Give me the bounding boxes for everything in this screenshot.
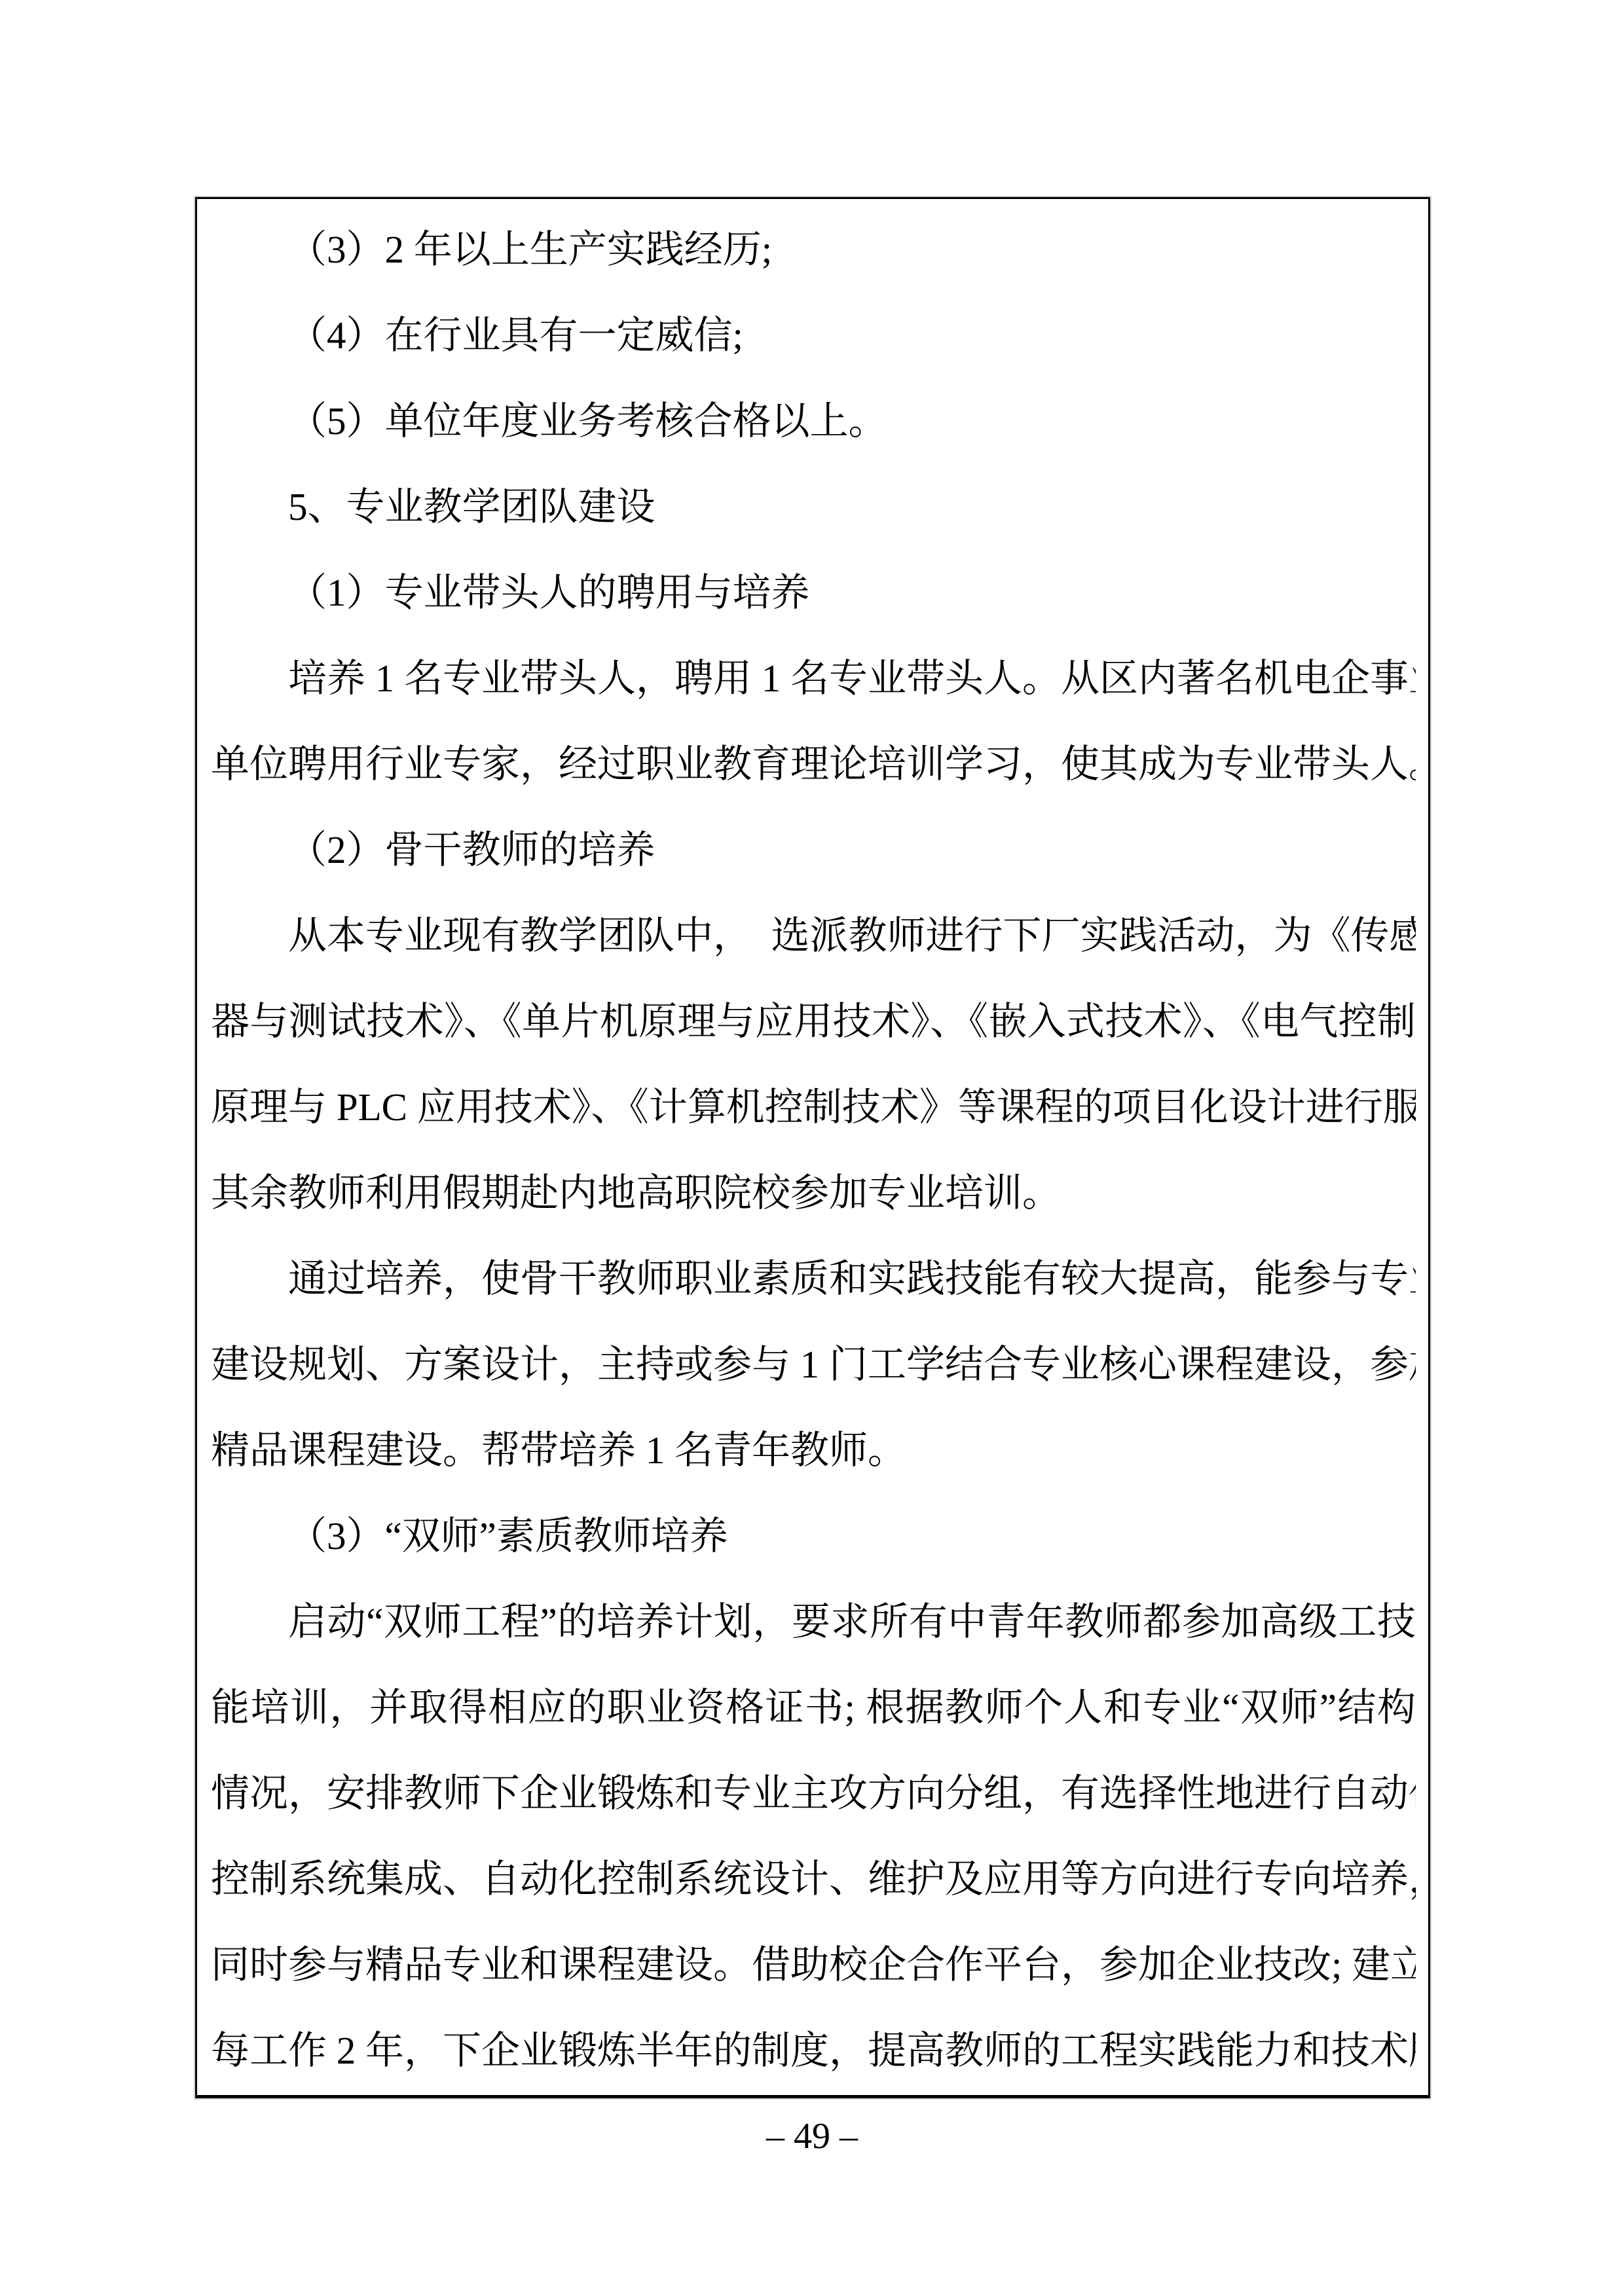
text-line: 其余教师利用假期赴内地高职院校参加专业培训。 bbox=[211, 1150, 1416, 1236]
text-line: 通过培养，使骨干教师职业素质和实践技能有较大提高，能参与专业 bbox=[211, 1236, 1416, 1322]
text-line: 情况，安排教师下企业锻炼和专业主攻方向分组，有选择性地进行自动化 bbox=[211, 1751, 1416, 1836]
document-page: （3）2 年以上生产实践经历;（4）在行业具有一定威信;（5）单位年度业务考核合… bbox=[0, 0, 1624, 2296]
document-text: （3）2 年以上生产实践经历;（4）在行业具有一定威信;（5）单位年度业务考核合… bbox=[211, 207, 1416, 2094]
text-line: 5、专业教学团队建设 bbox=[211, 464, 1416, 550]
text-line: 精品课程建设。帮带培养 1 名青年教师。 bbox=[211, 1408, 1416, 1493]
document-border-box: （3）2 年以上生产实践经历;（4）在行业具有一定威信;（5）单位年度业务考核合… bbox=[195, 197, 1430, 2098]
text-line: （5）单位年度业务考核合格以上。 bbox=[211, 378, 1416, 464]
page-number: – 49 – bbox=[0, 2113, 1624, 2159]
text-line: 能培训，并取得相应的职业资格证书; 根据教师个人和专业“双师”结构 bbox=[211, 1665, 1416, 1751]
text-line: （3）“双师”素质教师培养 bbox=[211, 1493, 1416, 1579]
text-line: （2）骨干教师的培养 bbox=[211, 807, 1416, 893]
text-line: 同时参与精品专业和课程建设。借助校企合作平台，参加企业技改; 建立 bbox=[211, 1922, 1416, 2008]
text-line: 控制系统集成、自动化控制系统设计、维护及应用等方向进行专向培养， bbox=[211, 1836, 1416, 1922]
text-line: 培养 1 名专业带头人，聘用 1 名专业带头人。从区内著名机电企事业 bbox=[211, 636, 1416, 721]
text-line: 建设规划、方案设计，主持或参与 1 门工学结合专业核心课程建设，参加 bbox=[211, 1322, 1416, 1408]
text-line: 从本专业现有教学团队中， 选派教师进行下厂实践活动，为《传感 bbox=[211, 893, 1416, 979]
text-line: （4）在行业具有一定威信; bbox=[211, 293, 1416, 378]
text-line: 每工作 2 年，下企业锻炼半年的制度，提高教师的工程实践能力和技术服 bbox=[211, 2008, 1416, 2094]
text-line: 启动“双师工程”的培养计划，要求所有中青年教师都参加高级工技 bbox=[211, 1579, 1416, 1665]
text-line: 器与测试技术》、《单片机原理与应用技术》、《嵌入式技术》、《电气控制 bbox=[211, 979, 1416, 1065]
text-line: （3）2 年以上生产实践经历; bbox=[211, 207, 1416, 293]
text-line: 单位聘用行业专家，经过职业教育理论培训学习，使其成为专业带头人。 bbox=[211, 721, 1416, 807]
text-line: 原理与 PLC 应用技术》、《计算机控制技术》等课程的项目化设计进行服务， bbox=[211, 1065, 1416, 1150]
text-line: （1）专业带头人的聘用与培养 bbox=[211, 550, 1416, 636]
